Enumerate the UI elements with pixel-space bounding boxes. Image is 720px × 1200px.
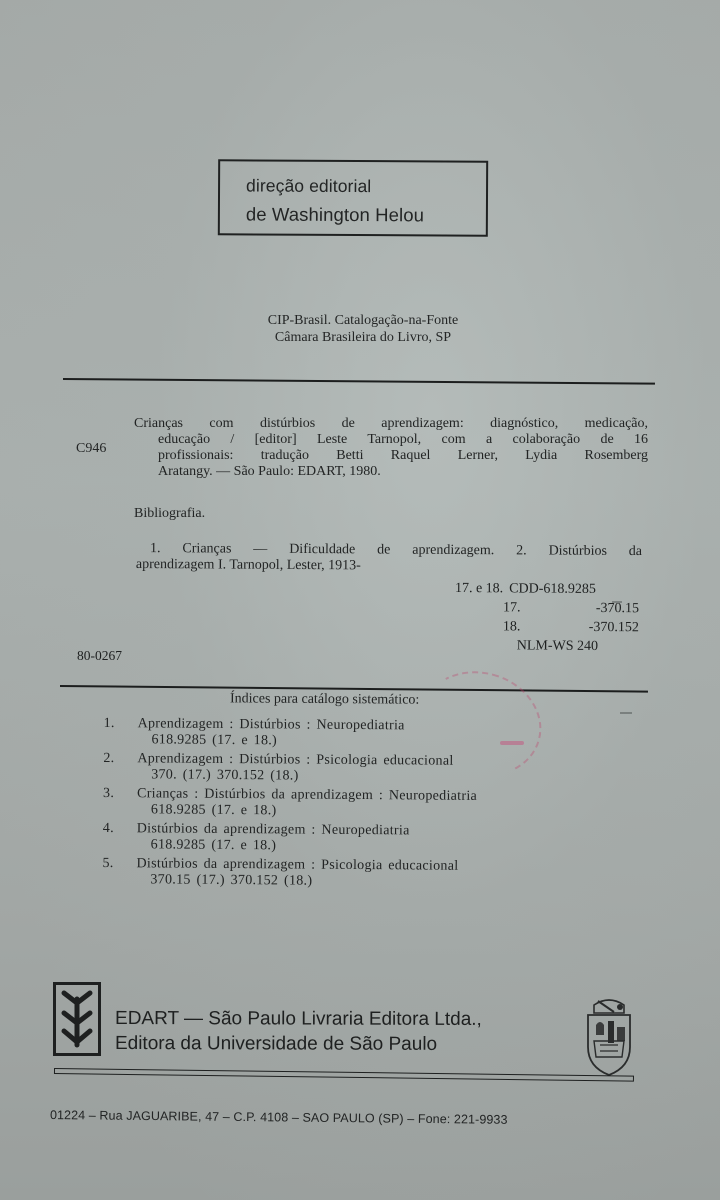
- publisher-line-1: EDART — São Paulo Livraria Editora Ltda.…: [115, 1006, 482, 1032]
- top-divider: [63, 378, 655, 385]
- catalog-title-line: Crianças com distúrbios de aprendizagem:…: [134, 416, 648, 432]
- index-title: Índices para catálogo sistemático:: [230, 691, 419, 708]
- index-number: 4.: [103, 821, 123, 837]
- editorial-line-2: de Washington Helou: [246, 203, 424, 226]
- index-code: 618.9285 (17. e 18.): [103, 802, 563, 822]
- margin-smudge: [620, 712, 632, 714]
- index-item: 1. Aprendizagem : Distúrbios : Neuropedi…: [103, 716, 563, 752]
- edart-arrow-logo-icon: [53, 982, 101, 1056]
- catalog-title-block: Crianças com distúrbios de aprendizagem:…: [134, 416, 648, 480]
- bibliography-note: Bibliografia.: [134, 506, 205, 522]
- classification-edition: 18.: [455, 617, 549, 637]
- classification-row: NLM-WS 240: [455, 636, 649, 656]
- index-code: 370.15 (17.) 370.152 (18.): [102, 872, 562, 892]
- record-number: 80-0267: [77, 648, 122, 664]
- catalog-title-line: Aratangy. — São Paulo: EDART, 1980.: [134, 464, 648, 480]
- index-number: 3.: [103, 786, 123, 802]
- classification-codes: 17. e 18. CDD-618.9285 17. -370.15 18. -…: [455, 579, 650, 656]
- usp-crest-icon: [584, 995, 634, 1079]
- classification-code: -370.152: [549, 618, 649, 638]
- classification-edition: 17. e 18.: [449, 579, 509, 598]
- catalog-title-line: educação / [editor] Leste Tarnopol, com …: [134, 432, 648, 448]
- index-item: 4. Distúrbios da aprendizagem : Neuroped…: [103, 821, 563, 857]
- classification-code: CDD-618.9285: [509, 579, 639, 599]
- publisher-address: 01224 – Rua JAGUARIBE, 47 – C.P. 4108 – …: [50, 1108, 508, 1127]
- index-number: 2.: [103, 751, 123, 767]
- subject-line: aprendizagem I. Tarnopol, Lester, 1913-: [136, 557, 642, 576]
- publisher-name: EDART — São Paulo Livraria Editora Ltda.…: [115, 1006, 482, 1057]
- classification-code: -370.15: [549, 599, 649, 619]
- editorial-direction-box: direção editorial de Washington Helou: [218, 159, 488, 236]
- classification-row: 18. -370.152: [455, 617, 649, 637]
- cip-header: CIP-Brasil. Catalogação-na-Fonte Câmara …: [238, 312, 488, 346]
- index-list: 1. Aprendizagem : Distúrbios : Neuropedi…: [102, 716, 563, 895]
- catalog-title-line: profissionais: tradução Betti Raquel Ler…: [134, 448, 648, 464]
- index-code: 618.9285 (17. e 18.): [103, 837, 563, 857]
- editorial-line-1: direção editorial: [246, 175, 371, 197]
- publisher-line-2: Editora da Universidade de São Paulo: [115, 1031, 482, 1057]
- margin-smudge: [612, 601, 622, 603]
- index-item: 3. Crianças : Distúrbios da aprendizagem…: [103, 786, 563, 822]
- subject-headings: 1. Crianças — Dificuldade de aprendizage…: [136, 541, 642, 576]
- classification-edition: [455, 636, 509, 655]
- classification-row: 17. e 18. CDD-618.9285: [455, 579, 649, 599]
- index-code: 618.9285 (17. e 18.): [103, 732, 563, 752]
- classification-code: NLM-WS 240: [509, 636, 647, 656]
- cip-header-line-1: CIP-Brasil. Catalogação-na-Fonte: [238, 312, 488, 329]
- index-number: 1.: [104, 716, 124, 732]
- index-number: 5.: [102, 856, 122, 872]
- cip-header-line-2: Câmara Brasileira do Livro, SP: [238, 329, 488, 346]
- index-item: 2. Aprendizagem : Distúrbios : Psicologi…: [103, 751, 563, 787]
- index-item: 5. Distúrbios da aprendizagem : Psicolog…: [102, 856, 562, 892]
- publisher-double-rule: [54, 1068, 634, 1082]
- index-code: 370. (17.) 370.152 (18.): [103, 767, 563, 787]
- classmark: C946: [76, 441, 106, 457]
- classification-edition: 17.: [455, 598, 549, 618]
